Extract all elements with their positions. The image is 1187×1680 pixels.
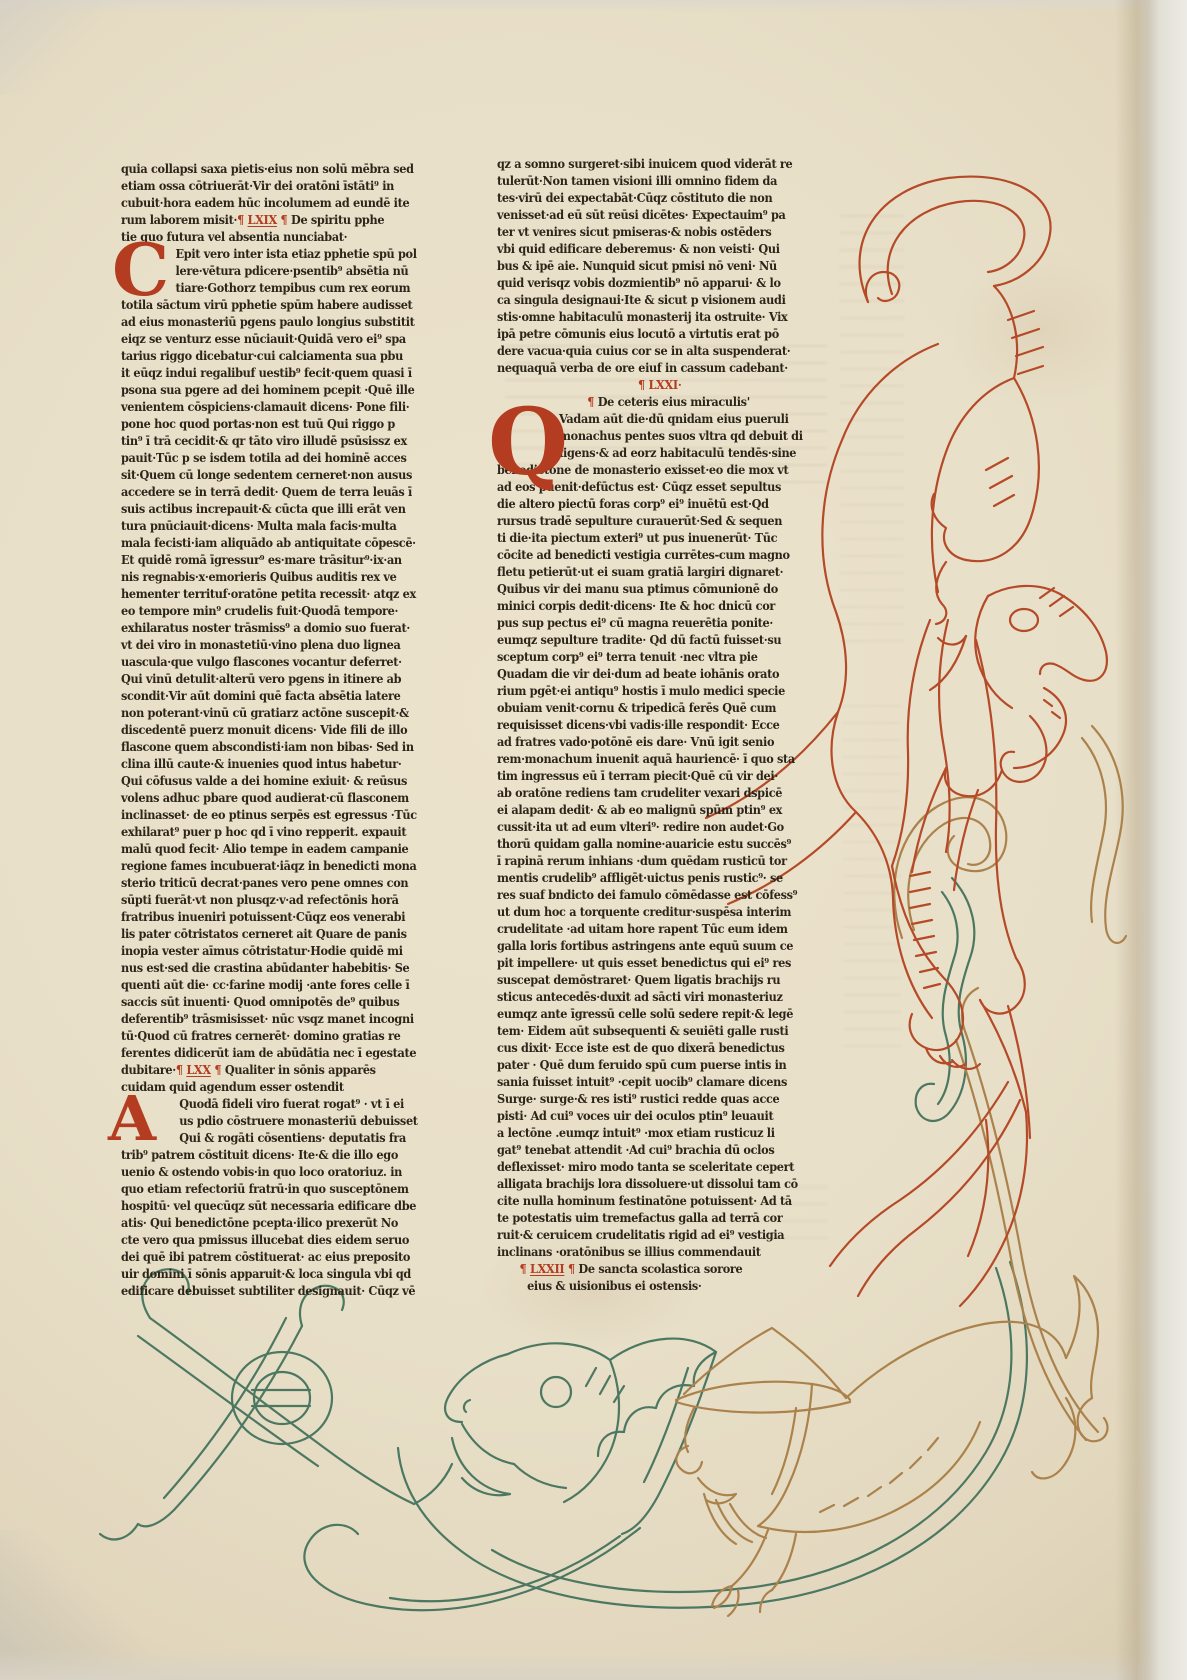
text-segment: sania fuisset intuit⁹ ·cepit uocib⁹ clam… [497, 1075, 787, 1089]
text-segment: Quodā fideli viro fuerat rogat⁹ · vt ī e… [179, 1097, 404, 1111]
text-line: Qui vinū detulit·alterū vero pgens in it… [121, 671, 461, 688]
text-segment: rem·monachum inuenit aquā hauriencē· ī q… [497, 752, 795, 766]
text-line: ferentes didicerūt iam de abūdātia nec ī… [121, 1045, 461, 1062]
text-segment: ligens·& ad eorz habitaculū tendēs·sine [559, 446, 796, 460]
text-segment: dere vacua·quia cuius cor se in alta sus… [497, 344, 790, 358]
text-segment: edificare debuisset subtiliter designaui… [121, 1284, 415, 1298]
hatted-beast [676, 1276, 1107, 1616]
text-line: lis pater cōtristatos cerneret ait Quare… [121, 926, 461, 943]
text-line: requisisset dicens·vbi vadis·ille respon… [497, 717, 837, 734]
text-segment: ad eius monasteriū pgens paulo longius s… [121, 315, 415, 329]
border-foliate-scroll [304, 1262, 1027, 1610]
text-segment: deflexisset· miro modo tanta se scelerit… [497, 1160, 794, 1174]
text-line: Quadam die vir dei·dum ad beate iohānis … [497, 666, 837, 683]
text-segment: exhilarat⁹ puer p hoc qd ī vino repperit… [121, 825, 406, 839]
text-line: sceptum corp⁹ ei⁹ terra tenuit ·nec vltr… [497, 649, 837, 666]
text-segment: pisti· Ad cui⁹ voces uir dei oculos ptin… [497, 1109, 773, 1123]
text-segment: pit impellere· ut quis esset benedictus … [497, 956, 791, 970]
text-segment: rursus tradē sepulture curauerūt·Sed & s… [497, 514, 782, 528]
text-line: pit impellere· ut quis esset benedictus … [497, 955, 837, 972]
text-segment: Surge· surge·& res isti⁹ rustici redde q… [497, 1092, 779, 1106]
text-segment: pater · Quē dum feruido spū cum puerse i… [497, 1058, 786, 1072]
text-segment: qz a somno surgeret·sibi inuicem quod vi… [497, 157, 792, 171]
text-segment: thorū quidam galla nomine·auaricie estu … [497, 837, 791, 851]
text-segment: inopia vester aīmus cōtristatur·Hodie qu… [121, 944, 403, 958]
text-line: inclinasset· de eo ptinus serpēs est egr… [121, 807, 461, 824]
text-segment: regione fames incubuerat·iāqz in benedic… [121, 859, 417, 873]
text-segment: uascula·que vulgo flascones vocantur def… [121, 655, 402, 669]
text-segment: sterio triticū decrat·panes vero pene om… [121, 876, 408, 890]
text-segment: cite nulla hominum festinatōne potuissen… [497, 1194, 792, 1208]
text-segment: De spiritu pphe [291, 213, 384, 227]
text-segment: tulerūt·Non tamen visioni illi omnino fi… [497, 174, 777, 188]
text-segment: non poterant·vinū cū gratiarz actōne sus… [121, 706, 409, 720]
text-segment: dubitare· [121, 1063, 176, 1077]
text-segment: Qualiter in sōnis apparēs [225, 1063, 376, 1077]
text-line: sticus antecedēs·duxit ad sācti viri mon… [497, 989, 837, 1006]
text-line: uascula·que vulgo flascones vocantur def… [121, 654, 461, 671]
text-segment: inclinasset· de eo ptinus serpēs est egr… [121, 808, 417, 822]
text-segment: eo tempore min⁹ crudelis fuit·Quodā temp… [121, 604, 398, 618]
text-segment: quia collapsi saxa pietis·eius non solū … [121, 162, 414, 176]
text-segment: ad fratres vado·potōnē eis dare· Vnū igi… [497, 735, 774, 749]
text-line: minici corpis dedit·dicens· Ite & hoc dn… [497, 598, 837, 615]
text-line: tarius riggo dicebatur·cui calciamenta s… [121, 348, 461, 365]
text-segment: eumqz sepulture tradite· Qd dū factū fui… [497, 633, 781, 647]
text-segment: cte vero qua pmissus illucebat dies eide… [121, 1233, 409, 1247]
text-segment: crudelitate ·ad uitam hore rapent Tūc eu… [497, 922, 788, 936]
text-segment: cuidam quid agendum esser ostendit [121, 1080, 344, 1094]
text-line: rem·monachum inuenit aquā hauriencē· ī q… [497, 751, 837, 768]
text-segment: Qui cōfusus valde a dei homine exiuit· &… [121, 774, 407, 788]
text-line: alligata brachijs lora dissoluere·ut dis… [497, 1176, 837, 1193]
text-segment: venientem cōspiciens·clamauit dicens· Po… [121, 400, 409, 414]
text-segment: ei alapam dedit· & ab eo malignū spūm pt… [497, 803, 782, 817]
text-segment: sceptum corp⁹ ei⁹ terra tenuit ·nec vltr… [497, 650, 758, 664]
text-line: dubitare·¶ LXX ¶ Qualiter in sōnis appar… [121, 1062, 461, 1079]
text-segment: dei quē ibi patrem cōstituerat· ac eius … [121, 1250, 410, 1264]
text-segment: stis·omne habitaculū monasterij ita ostr… [497, 310, 787, 324]
text-segment: obuiam venit·cornu & tripedicā ferēs Quē… [497, 701, 776, 715]
text-line: inopia vester aīmus cōtristatur·Hodie qu… [121, 943, 461, 960]
text-line: discedentē puerz monuit dicens· Vide fil… [121, 722, 461, 739]
text-segment: lis pater cōtristatos cerneret ait Quare… [121, 927, 407, 941]
text-line: cubuit·hora eadem hūc incolumem ad eundē… [121, 195, 461, 212]
text-segment: cubuit·hora eadem hūc incolumem ad eundē… [121, 196, 409, 210]
text-line: tū·Quod cū fratres cernerēt· domino grat… [121, 1028, 461, 1045]
drop-cap-a: A [108, 1092, 152, 1146]
text-segment: mentis crudelib⁹ affligēt·uictus penis r… [497, 871, 783, 885]
text-line: Surge· surge·& res isti⁹ rustici redde q… [497, 1091, 837, 1108]
text-segment: psona sua pgere ad dei hominem pcepit ·Q… [121, 383, 414, 397]
text-segment: Qui vinū detulit·alterū vero pgens in it… [121, 672, 401, 686]
text-line: ī rapinā rerum inhians ·dum quēdam rusti… [497, 853, 837, 870]
text-line: rursus tradē sepulture curauerūt·Sed & s… [497, 513, 837, 530]
text-line: res suaf bndicto dei famulo cōmēdasse es… [497, 887, 837, 904]
text-line: cuidam quid agendum esser ostendit [121, 1079, 461, 1096]
text-segment: uir domini ī sōnis apparuit·& loca singu… [121, 1267, 411, 1281]
text-line: mala fecisti·iam aliquādo ab antiquitate… [121, 535, 461, 552]
text-line: suis actibus increpauit·& cūcta que illi… [121, 501, 461, 518]
text-line: Quodā fideli viro fuerat rogat⁹ · vt ī e… [121, 1096, 461, 1113]
text-segment: eumqz ante īgressū celle solū sedere rep… [497, 1007, 793, 1021]
rubric-segment: ¶ [638, 378, 648, 392]
text-line: pus sup pectus ei⁹ cū magna reuerētia po… [497, 615, 837, 632]
text-line: pater · Quē dum feruido spū cum puerse i… [497, 1057, 837, 1074]
text-segment: atis· Qui benedictōne pcepta·ilico prexe… [121, 1216, 398, 1230]
text-line: ad fratres vado·potōnē eis dare· Vnū igi… [497, 734, 837, 751]
text-segment: exhilaratus noster trāsmiss⁹ a domio suo… [121, 621, 410, 635]
text-line: uenio & ostendo vobis·in quo loco orator… [121, 1164, 461, 1181]
rubric-segment: ¶ [520, 1262, 530, 1276]
text-line: quo etiam refectoriū fratrū·in quo susce… [121, 1181, 461, 1198]
text-line: quid verisqz vobis dozmientib⁹ nō apparu… [497, 275, 837, 292]
text-line: eiqz se venturz esse nūciauit·Quidā vero… [121, 331, 461, 348]
text-segment: hospitū· vel quecūqz sūt necessaria edif… [121, 1199, 416, 1213]
text-segment: scondit·Vir aūt domini quē facta absētia… [121, 689, 400, 703]
text-line: cussit·ita ut ad eum vlteri⁹· redire non… [497, 819, 837, 836]
text-segment: tura pnūciauit·dicens· Multa mala facis·… [121, 519, 397, 533]
text-line: sit·Quem cū longe sedentem cerneret·non … [121, 467, 461, 484]
text-segment: die altero piectū foras corp⁹ ei⁹ inuētū… [497, 497, 769, 511]
text-line: Qui & rogāti cōsentiens· deputatis fra [121, 1130, 461, 1147]
text-segment: fletu petierūt·ut ei suam gratiā largiri… [497, 565, 783, 579]
text-segment: flascone quem abscondisti·iam non bibas·… [121, 740, 414, 754]
text-line: eius & uisionibus ei ostensis· [497, 1278, 837, 1295]
text-line: galla loris fortibus astringens ante equ… [497, 938, 837, 955]
text-line: nis regnabis·x·emorieris Quibus auditis … [121, 569, 461, 586]
text-line: scondit·Vir aūt domini quē facta absētia… [121, 688, 461, 705]
text-line: tim ingressus eū ī terram piecit·Quē cū … [497, 768, 837, 785]
text-segment: tem· Eidem aūt subsequenti & seuiēti gal… [497, 1024, 788, 1038]
text-line: ipā petre cōmunis eius locutō a virtutis… [497, 326, 837, 343]
text-line: nequaquā verba de ore eiuf in cassum cad… [497, 360, 837, 377]
text-segment: trib⁹ patrem cōstituit dicens· Ite·& die… [121, 1148, 398, 1162]
text-line: cōcite ad benedicti vestigia currētes-cu… [497, 547, 837, 564]
text-segment: minici corpis dedit·dicens· Ite & hoc dn… [497, 599, 775, 613]
text-line: dere vacua·quia cuius cor se in alta sus… [497, 343, 837, 360]
text-line: inclinans ·oratōnibus se illius commenda… [497, 1244, 837, 1261]
text-line: venisset·ad eū sūt reūsi dicētes· Expect… [497, 207, 837, 224]
text-segment: monachus pentes suos vltra qd debuit di [559, 429, 803, 443]
text-line: rum laborem misit·¶ LXIX ¶ De spiritu pp… [121, 212, 461, 229]
text-segment: ruit·& ceruicem crudelitatis rigid ad ei… [497, 1228, 784, 1242]
text-line: regione fames incubuerat·iāqz in benedic… [121, 858, 461, 875]
dragon-head [445, 1339, 716, 1534]
text-line: dei quē ibi patrem cōstituerat· ac eius … [121, 1249, 461, 1266]
text-segment: saccis sūt inuenti· Quod omnipotēs de⁹ q… [121, 995, 399, 1009]
text-line: fratribus inueniri potuissent·Cūqz eos v… [121, 909, 461, 926]
text-segment: quenti aūt die· cc·farine modij ·ante fo… [121, 978, 409, 992]
text-segment: Quibus vir dei manu sua ptimus cōmunionē… [497, 582, 778, 596]
text-line: Et quidē romā īgressur⁹ es·mare trāsitur… [121, 552, 461, 569]
text-segment: res suaf bndicto dei famulo cōmēdasse es… [497, 888, 797, 902]
text-segment: tim ingressus eū ī terram piecit·Quē cū … [497, 769, 778, 783]
text-line: Epit vero inter ista etiaz pphetie spū p… [121, 246, 461, 263]
text-line: saccis sūt inuenti· Quod omnipotēs de⁹ q… [121, 994, 461, 1011]
text-line: quia collapsi saxa pietis·eius non solū … [121, 161, 461, 178]
text-line: hospitū· vel quecūqz sūt necessaria edif… [121, 1198, 461, 1215]
text-line: atis· Qui benedictōne pcepta·ilico prexe… [121, 1215, 461, 1232]
text-segment: volens adhuc pbare quod audierat·cū flas… [121, 791, 409, 805]
text-segment: lere·vētura pdicere·psentib⁹ absētia nū [176, 264, 409, 278]
text-segment: sit·Quem cū longe sedentem cerneret·non … [121, 468, 412, 482]
text-column-left: quia collapsi saxa pietis·eius non solū … [121, 161, 461, 1300]
text-line: tie quo futura vel absentia nunciabat· [121, 229, 461, 246]
text-line: totila sāctum virū pphetie spūm habere a… [121, 297, 461, 314]
text-segment: suis actibus increpauit·& cūcta que illi… [121, 502, 406, 516]
text-segment: suscepat demōstraret· Quem ligatis brach… [497, 973, 780, 987]
text-segment: ī rapinā rerum inhians ·dum quēdam rusti… [497, 854, 787, 868]
text-segment: te potestatis uim tremefactus galla ad t… [497, 1211, 782, 1225]
text-line: tem· Eidem aūt subsequenti & seuiēti gal… [497, 1023, 837, 1040]
text-segment: ca singula designaui·Ite & sicut p visio… [497, 293, 786, 307]
text-line: bus & ipē aie. Nunquid sicut pmisi nō ve… [497, 258, 837, 275]
text-segment: rum laborem misit· [121, 213, 237, 227]
text-line: exhilarat⁹ puer p hoc qd ī vino repperit… [121, 824, 461, 841]
text-segment: eius & uisionibus ei ostensis· [527, 1279, 701, 1293]
text-line: sania fuisset intuit⁹ ·cepit uocib⁹ clam… [497, 1074, 837, 1091]
text-segment: tes·virū dei expectabāt·Cūqz cōstituto d… [497, 191, 772, 205]
text-line: qz a somno surgeret·sibi inuicem quod vi… [497, 156, 837, 173]
text-line: eumqz sepulture tradite· Qd dū factū fui… [497, 632, 837, 649]
text-segment: Et quidē romā īgressur⁹ es·mare trāsitur… [121, 553, 402, 567]
text-segment: us pdio cōstruere monasteriū debuisset [179, 1114, 417, 1128]
text-line: a lectōne .eumqz intuit⁹ ·mox etiam rust… [497, 1125, 837, 1142]
text-line: Qui cōfusus valde a dei homine exiuit· &… [121, 773, 461, 790]
text-segment: it eūqz indui regalibuf uestib⁹ fecit·qu… [121, 366, 412, 380]
text-line: cte vero qua pmissus illucebat dies eide… [121, 1232, 461, 1249]
text-line: ti die·ita piectum exteri⁹ ut pus inuene… [497, 530, 837, 547]
wavy-leaf-flourish [1082, 726, 1126, 943]
rubric-segment: LXIX [248, 213, 277, 227]
text-column-right: qz a somno surgeret·sibi inuicem quod vi… [497, 156, 837, 1295]
rubric-segment: ¶ [211, 1063, 225, 1077]
text-segment: nequaquā verba de ore eiuf in cassum cad… [497, 361, 788, 375]
text-line: ab oratōne rediens tam crudeliter vexari… [497, 785, 837, 802]
rubric-segment: LXXI· [648, 378, 681, 392]
drop-cap-q: Q [488, 404, 568, 480]
text-line: accedere se in terrā dedit· Quem de terr… [121, 484, 461, 501]
rubric-segment: LXX [186, 1063, 210, 1077]
text-segment: accedere se in terrā dedit· Quem de terr… [121, 485, 412, 499]
text-segment: De ceteris eius miraculis' [598, 395, 750, 409]
text-segment: hementer territuf·oratōne petita recessi… [121, 587, 416, 601]
text-segment: quid verisqz vobis dozmientib⁹ nō apparu… [497, 276, 781, 290]
text-segment: pone hoc quod portas·non est tuū Qui rig… [121, 417, 395, 431]
text-line: exhilaratus noster trāsmiss⁹ a domio suo… [121, 620, 461, 637]
text-segment: alligata brachijs lora dissoluere·ut dis… [497, 1177, 798, 1191]
text-segment: mala fecisti·iam aliquādo ab antiquitate… [121, 536, 416, 550]
text-segment: sūpti fuerāt·vt non plusqz·v·ad refectōn… [121, 893, 399, 907]
text-line: malū quod fecit· Alio tempe in eadem cam… [121, 841, 461, 858]
text-segment: ter vt venires sicut pmiseras·& nobis os… [497, 225, 771, 239]
drop-cap-c: C [112, 240, 169, 300]
page-scan: quia collapsi saxa pietis·eius non solū … [0, 0, 1187, 1680]
text-segment: bus & ipē aie. Nunquid sicut pmisi nō ve… [497, 259, 777, 273]
text-line: it eūqz indui regalibuf uestib⁹ fecit·qu… [121, 365, 461, 382]
text-line: non poterant·vinū cū gratiarz actōne sus… [121, 705, 461, 722]
text-segment: ut dum hoc a torquente creditur·suspēsa … [497, 905, 791, 919]
text-line: te potestatis uim tremefactus galla ad t… [497, 1210, 837, 1227]
rubric-segment: ¶ [176, 1063, 186, 1077]
text-segment: vt dei viro in monastetiū·vino plena duo… [121, 638, 400, 652]
text-segment: quo etiam refectoriū fratrū·in quo susce… [121, 1182, 409, 1196]
text-line: stis·omne habitaculū monasterij ita ostr… [497, 309, 837, 326]
text-line: obuiam venit·cornu & tripedicā ferēs Quē… [497, 700, 837, 717]
text-segment: clina illū caute·& inuenies quod intus h… [121, 757, 401, 771]
text-segment: tarius riggo dicebatur·cui calciamenta s… [121, 349, 403, 363]
text-line: rium pgēt·ei antiqu⁹ hostis ī mulo medic… [497, 683, 837, 700]
text-line: sterio triticū decrat·panes vero pene om… [121, 875, 461, 892]
text-line: ruit·& ceruicem crudelitatis rigid ad ei… [497, 1227, 837, 1244]
text-segment: pus sup pectus ei⁹ cū magna reuerētia po… [497, 616, 773, 630]
text-line: cus dixit· Ecce iste est de quo dixerā b… [497, 1040, 837, 1057]
text-segment: sticus antecedēs·duxit ad sācti viri mon… [497, 990, 783, 1004]
text-line: tulerūt·Non tamen visioni illi omnino fi… [497, 173, 837, 190]
text-segment: Epit vero inter ista etiaz pphetie spū p… [176, 247, 417, 261]
text-segment: uenio & ostendo vobis·in quo loco orator… [121, 1165, 402, 1179]
text-line: psona sua pgere ad dei hominem pcepit ·Q… [121, 382, 461, 399]
text-line: volens adhuc pbare quod audierat·cū flas… [121, 790, 461, 807]
text-line: eo tempore min⁹ crudelis fuit·Quodā temp… [121, 603, 461, 620]
text-line: tiare·Gothorz tempibus cum rex eorum [121, 280, 461, 297]
text-segment: gat⁹ tenebat attendit ·Ad cui⁹ brachia d… [497, 1143, 774, 1157]
rubric-segment: LXXII [530, 1262, 564, 1276]
text-segment: nis regnabis·x·emorieris Quibus auditis … [121, 570, 396, 584]
text-line: nus est·sed die crastina abūdanter habeb… [121, 960, 461, 977]
text-line: vbi quid edificare deberemus· & non veis… [497, 241, 837, 258]
text-segment: cōcite ad benedicti vestigia currētes-cu… [497, 548, 790, 562]
text-segment: requisisset dicens·vbi vadis·ille respon… [497, 718, 779, 732]
text-segment: etiam ossa cōtriuerāt·Vir dei oratōni īs… [121, 179, 394, 193]
text-line: ut dum hoc a torquente creditur·suspēsa … [497, 904, 837, 921]
text-line: deferentib⁹ trāsmisisset· nūc vsqz manet… [121, 1011, 461, 1028]
text-segment: Quadam die vir dei·dum ad beate iohānis … [497, 667, 779, 681]
text-line: cite nulla hominum festinatōne potuissen… [497, 1193, 837, 1210]
text-line: edificare debuisset subtiliter designaui… [121, 1283, 461, 1300]
text-line: tin⁹ ī trā cecidit·& qr tāto viro illudē… [121, 433, 461, 450]
text-line: tes·virū dei expectabāt·Cūqz cōstituto d… [497, 190, 837, 207]
text-line: crudelitate ·ad uitam hore rapent Tūc eu… [497, 921, 837, 938]
text-line: flascone quem abscondisti·iam non bibas·… [121, 739, 461, 756]
text-line: clina illū caute·& inuenies quod intus h… [121, 756, 461, 773]
text-segment: cus dixit· Ecce iste est de quo dixerā b… [497, 1041, 785, 1055]
rubric-segment: ¶ [237, 213, 247, 227]
text-line: pone hoc quod portas·non est tuū Qui rig… [121, 416, 461, 433]
rubric-segment: ¶ [587, 395, 597, 409]
text-segment: Vadam aūt die·dū qnidam eius pueruli [559, 412, 789, 426]
text-line: trib⁹ patrem cōstituit dicens· Ite·& die… [121, 1147, 461, 1164]
text-segment: a lectōne .eumqz intuit⁹ ·mox etiam rust… [497, 1126, 775, 1140]
text-line: deflexisset· miro modo tanta se scelerit… [497, 1159, 837, 1176]
text-line: ad eius monasteriū pgens paulo longius s… [121, 314, 461, 331]
text-segment: galla loris fortibus astringens ante equ… [497, 939, 793, 953]
text-line: quenti aūt die· cc·farine modij ·ante fo… [121, 977, 461, 994]
text-segment: cussit·ita ut ad eum vlteri⁹· redire non… [497, 820, 784, 834]
rubric-segment: ¶ [277, 213, 291, 227]
text-line: etiam ossa cōtriuerāt·Vir dei oratōni īs… [121, 178, 461, 195]
text-line: venientem cōspiciens·clamauit dicens· Po… [121, 399, 461, 416]
text-segment: discedentē puerz monuit dicens· Vide fil… [121, 723, 407, 737]
text-segment: nus est·sed die crastina abūdanter habeb… [121, 961, 409, 975]
text-segment: eiqz se venturz esse nūciauit·Quidā vero… [121, 332, 406, 346]
text-segment: inclinans ·oratōnibus se illius commenda… [497, 1245, 761, 1259]
text-segment: vbi quid edificare deberemus· & non veis… [497, 242, 780, 256]
rubric-segment: ¶ [564, 1262, 578, 1276]
text-segment: tin⁹ ī trā cecidit·& qr tāto viro illudē… [121, 434, 407, 448]
text-line: Quibus vir dei manu sua ptimus cōmunionē… [497, 581, 837, 598]
text-line: suscepat demōstraret· Quem ligatis brach… [497, 972, 837, 989]
text-line: vt dei viro in monastetiū·vino plena duo… [121, 637, 461, 654]
text-segment: fratribus inueniri potuissent·Cūqz eos v… [121, 910, 405, 924]
text-segment: deferentib⁹ trāsmisisset· nūc vsqz manet… [121, 1012, 414, 1026]
text-line: fletu petierūt·ut ei suam gratiā largiri… [497, 564, 837, 581]
text-segment: ab oratōne rediens tam crudeliter vexari… [497, 786, 782, 800]
text-line: ca singula designaui·Ite & sicut p visio… [497, 292, 837, 309]
text-line: pauit·Tūc p se isdem totila ad dei homin… [121, 450, 461, 467]
text-segment: ferentes didicerūt iam de abūdātia nec ī… [121, 1046, 416, 1060]
text-line: die altero piectū foras corp⁹ ei⁹ inuētū… [497, 496, 837, 513]
text-line: uir domini ī sōnis apparuit·& loca singu… [121, 1266, 461, 1283]
text-segment: tū·Quod cū fratres cernerēt· domino grat… [121, 1029, 400, 1043]
text-line: ter vt venires sicut pmiseras·& nobis os… [497, 224, 837, 241]
text-segment: De sancta scolastica sorore [578, 1262, 742, 1276]
interlace-knot [100, 1269, 414, 1539]
text-line: gat⁹ tenebat attendit ·Ad cui⁹ brachia d… [497, 1142, 837, 1159]
text-segment: rium pgēt·ei antiqu⁹ hostis ī mulo medic… [497, 684, 785, 698]
text-line: hementer territuf·oratōne petita recessi… [121, 586, 461, 603]
text-line: ei alapam dedit· & ab eo malignū spūm pt… [497, 802, 837, 819]
text-segment: malū quod fecit· Alio tempe in eadem cam… [121, 842, 408, 856]
text-segment: pauit·Tūc p se isdem totila ad dei homin… [121, 451, 407, 465]
text-line: thorū quidam galla nomine·auaricie estu … [497, 836, 837, 853]
text-line: eumqz ante īgressū celle solū sedere rep… [497, 1006, 837, 1023]
text-segment: ipā petre cōmunis eius locutō a virtutis… [497, 327, 779, 341]
text-line: sūpti fuerāt·vt non plusqz·v·ad refectōn… [121, 892, 461, 909]
text-line: lere·vētura pdicere·psentib⁹ absētia nū [121, 263, 461, 280]
text-segment: ti die·ita piectum exteri⁹ ut pus inuene… [497, 531, 777, 545]
text-line: mentis crudelib⁹ affligēt·uictus penis r… [497, 870, 837, 887]
text-line: pisti· Ad cui⁹ voces uir dei oculos ptin… [497, 1108, 837, 1125]
text-line: ¶ LXXII ¶ De sancta scolastica sorore [497, 1261, 837, 1278]
text-segment: venisset·ad eū sūt reūsi dicētes· Expect… [497, 208, 786, 222]
text-segment: tiare·Gothorz tempibus cum rex eorum [176, 281, 411, 295]
text-line: tura pnūciauit·dicens· Multa mala facis·… [121, 518, 461, 535]
text-line: us pdio cōstruere monasteriū debuisset [121, 1113, 461, 1130]
text-segment: Qui & rogāti cōsentiens· deputatis fra [179, 1131, 406, 1145]
